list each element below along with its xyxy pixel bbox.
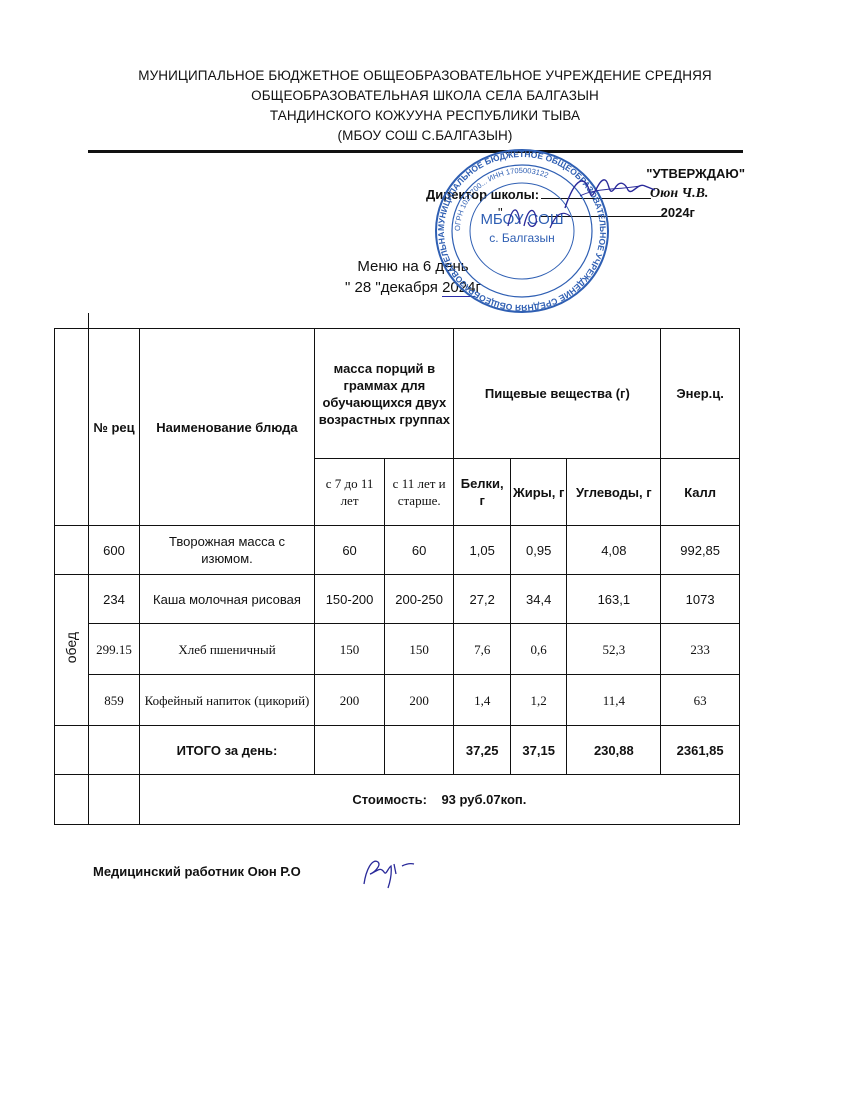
header-age-11-plus: с 11 лет и старше. (384, 459, 454, 526)
header-fats: Жиры, г (510, 459, 566, 526)
dish-cell: Каша молочная рисовая (139, 575, 315, 624)
cost-row: Стоимость: 93 руб.07коп. (55, 775, 740, 825)
table-row: 859 Кофейный напиток (цикорий) 200 200 1… (55, 675, 740, 726)
header-portion-mass: масса порций в граммах для обучающихся д… (315, 329, 454, 459)
stamp-center-line2: с. Балгазын (489, 231, 555, 245)
recipe-cell: 600 (89, 526, 139, 575)
mass-7-11-cell: 60 (315, 526, 385, 575)
org-line-1: МУНИЦИПАЛЬНОЕ БЮДЖЕТНОЕ ОБЩЕОБРАЗОВАТЕЛЬ… (0, 66, 850, 86)
meal-group-cell: обед (55, 575, 89, 726)
director-line: Директор школы: (426, 187, 651, 202)
org-line-4: (МБОУ СОШ С.БАЛГАЗЫН) (0, 126, 850, 146)
header-kcal: Калл (661, 459, 740, 526)
header-age-7-11: с 7 до 11 лет (315, 459, 385, 526)
recipe-cell: 299.15 (89, 624, 139, 675)
header-proteins: Белки, г (454, 459, 510, 526)
total-row: ИТОГО за день: 37,25 37,15 230,88 2361,8… (55, 726, 740, 775)
cost-cell: Стоимость: 93 руб.07коп. (139, 775, 739, 825)
menu-title: Меню на 6 день (0, 258, 838, 275)
menu-date-prefix: " 28 "декабря (345, 279, 442, 296)
group-cell-empty (55, 775, 89, 825)
carb-cell: 4,08 (567, 526, 661, 575)
mass-11-plus-cell: 200 (384, 675, 454, 726)
mass-11-plus-cell: 200-250 (384, 575, 454, 624)
menu-table: № рец Наименование блюда масса порций в … (54, 328, 740, 825)
organization-header: МУНИЦИПАЛЬНОЕ БЮДЖЕТНОЕ ОБЩЕОБРАЗОВАТЕЛЬ… (0, 66, 850, 146)
org-line-2: ОБЩЕОБРАЗОВАТЕЛЬНАЯ ШКОЛА СЕЛА БАЛГАЗЫН (0, 86, 850, 106)
date-underline (541, 216, 661, 217)
total-label: ИТОГО за день: (139, 726, 315, 775)
director-name: Оюн Ч.В. (650, 186, 708, 202)
header-dish-name: Наименование блюда (139, 329, 315, 526)
fat-cell: 1,2 (510, 675, 566, 726)
mass-7-11-cell: 150-200 (315, 575, 385, 624)
mass-7-11-cell: 150 (315, 624, 385, 675)
carb-cell: 11,4 (567, 675, 661, 726)
recipe-cell-empty (89, 775, 139, 825)
mass-cell-empty (315, 726, 385, 775)
signature-line (541, 198, 651, 199)
approve-label: "УТВЕРЖДАЮ" (646, 166, 745, 181)
meal-group-label: обед (63, 632, 80, 663)
total-fat: 37,15 (510, 726, 566, 775)
mass-cell-empty (384, 726, 454, 775)
group-cell-empty (55, 526, 89, 575)
kcal-cell: 1073 (661, 575, 740, 624)
mass-11-plus-cell: 60 (384, 526, 454, 575)
org-line-3: ТАНДИНСКОГО КОЖУУНА РЕСПУБЛИКИ ТЫВА (0, 106, 850, 126)
date-quote-open: " (498, 205, 503, 220)
carb-cell: 163,1 (567, 575, 661, 624)
header-carbs: Углеводы, г (567, 459, 661, 526)
fat-cell: 0,6 (510, 624, 566, 675)
approval-year: 2024г (661, 205, 695, 220)
mass-11-plus-cell: 150 (384, 624, 454, 675)
protein-cell: 27,2 (454, 575, 510, 624)
fat-cell: 34,4 (510, 575, 566, 624)
recipe-cell: 234 (89, 575, 139, 624)
medical-worker-label: Медицинский работник Оюн Р.О (93, 864, 301, 879)
carb-cell: 52,3 (567, 624, 661, 675)
protein-cell: 1,05 (454, 526, 510, 575)
total-kcal: 2361,85 (661, 726, 740, 775)
total-carb: 230,88 (567, 726, 661, 775)
table-row: 600 Творожная масса с изюмом. 60 60 1,05… (55, 526, 740, 575)
dish-cell: Кофейный напиток (цикорий) (139, 675, 315, 726)
protein-cell: 1,4 (454, 675, 510, 726)
recipe-cell: 859 (89, 675, 139, 726)
header-divider (88, 150, 743, 153)
fat-cell: 0,95 (510, 526, 566, 575)
protein-cell: 7,6 (454, 624, 510, 675)
header-energy: Энер.ц. (661, 329, 740, 459)
menu-date-suffix: г (475, 279, 480, 296)
total-protein: 37,25 (454, 726, 510, 775)
medic-signature (358, 852, 418, 892)
approval-date: "2024г (498, 205, 695, 220)
cost-value: 93 руб.07коп. (441, 792, 526, 807)
menu-date-year: 2024 (442, 279, 475, 297)
header-nutrients: Пищевые вещества (г) (454, 329, 661, 459)
menu-date: " 28 "декабря 2024г (0, 279, 838, 296)
group-header-cell (55, 329, 89, 526)
table-row: обед 234 Каша молочная рисовая 150-200 2… (55, 575, 740, 624)
group-cell-empty (55, 726, 89, 775)
kcal-cell: 233 (661, 624, 740, 675)
director-label: Директор школы: (426, 187, 539, 202)
header-recipe-no: № рец (89, 329, 139, 526)
dish-cell: Хлеб пшеничный (139, 624, 315, 675)
recipe-cell-empty (89, 726, 139, 775)
dish-cell: Творожная масса с изюмом. (139, 526, 315, 575)
kcal-cell: 63 (661, 675, 740, 726)
kcal-cell: 992,85 (661, 526, 740, 575)
cost-label: Стоимость: (352, 792, 427, 807)
table-row: 299.15 Хлеб пшеничный 150 150 7,6 0,6 52… (55, 624, 740, 675)
mass-7-11-cell: 200 (315, 675, 385, 726)
